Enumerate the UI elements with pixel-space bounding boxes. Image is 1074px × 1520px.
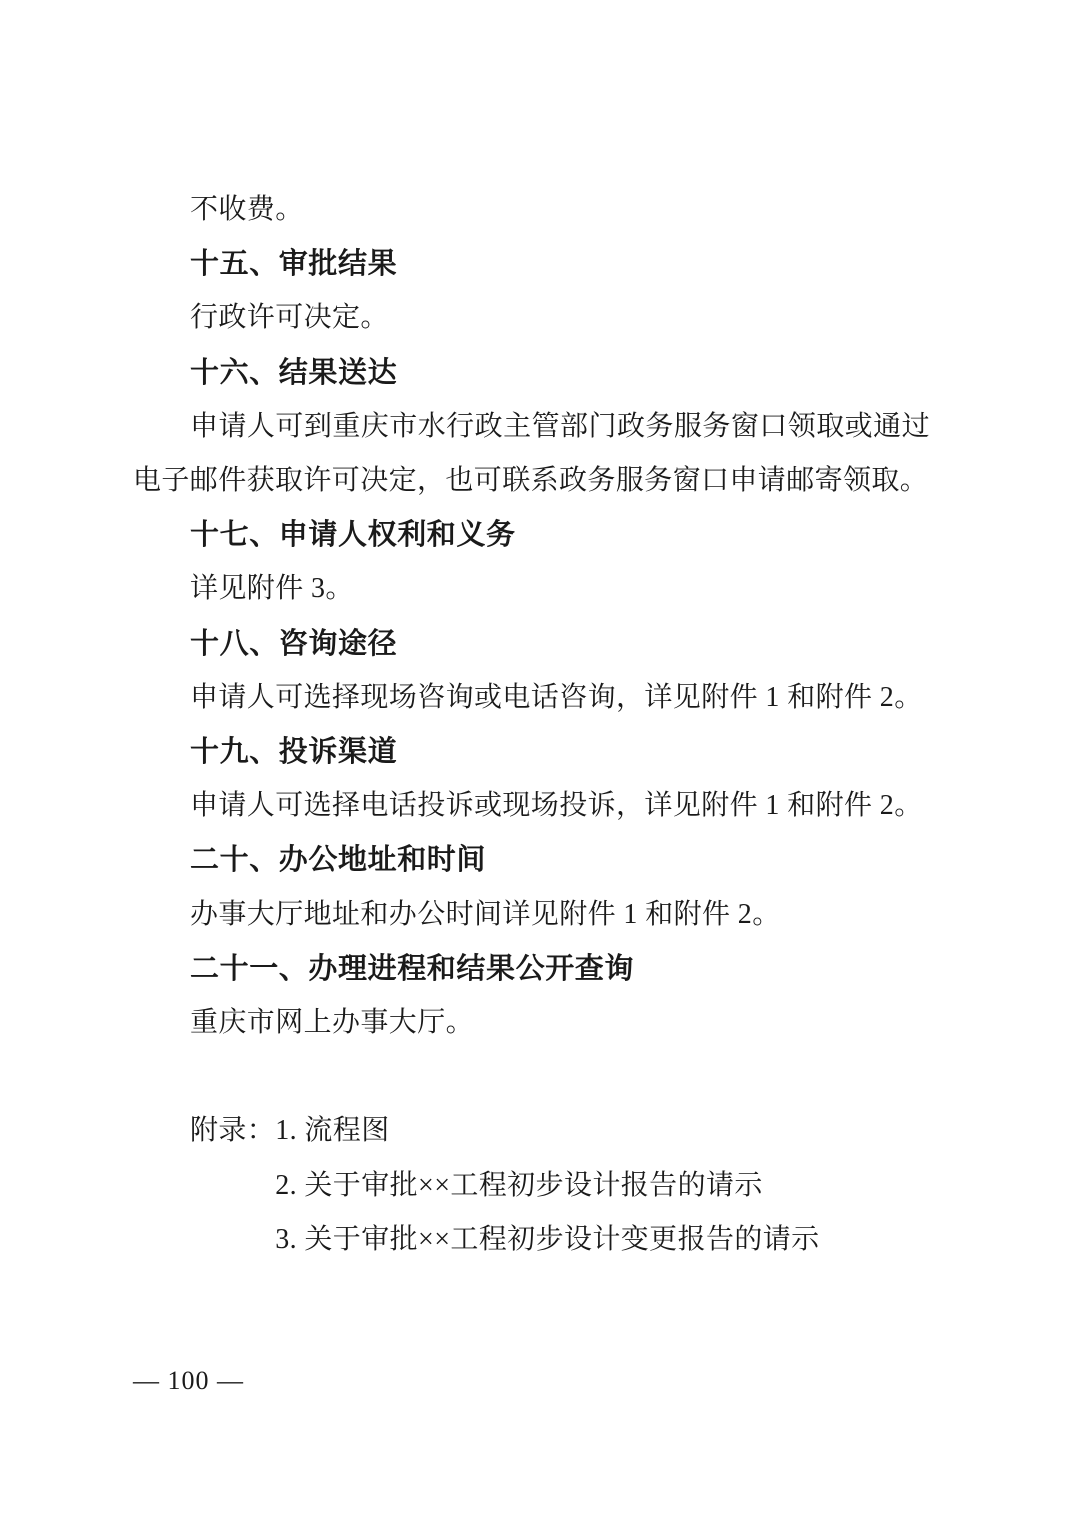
section-heading: 十六、结果送达 — [133, 346, 930, 400]
document-page: 不收费。 十五、审批结果 行政许可决定。 十六、结果送达 申请人可到重庆市水行政… — [0, 0, 1074, 1520]
body-paragraph: 行政许可决定。 — [133, 291, 930, 345]
body-paragraph: 重庆市网上办事大厅。 — [133, 996, 930, 1050]
appendix-item: 1. 流程图 — [275, 1104, 819, 1158]
section-heading: 十九、投诉渠道 — [133, 725, 930, 779]
appendix-label: 附录： — [190, 1104, 275, 1267]
section-heading: 十八、咨询途径 — [133, 617, 930, 671]
appendix-block: 附录： 1. 流程图 2. 关于审批××工程初步设计报告的请示 3. 关于审批×… — [133, 1104, 930, 1267]
section-heading: 二十、办公地址和时间 — [133, 833, 930, 887]
body-paragraph: 详见附件 3。 — [133, 562, 930, 616]
body-paragraph: 办事大厅地址和办公时间详见附件 1 和附件 2。 — [133, 888, 930, 942]
appendix-items: 1. 流程图 2. 关于审批××工程初步设计报告的请示 3. 关于审批××工程初… — [275, 1104, 819, 1267]
section-heading: 二十一、办理进程和结果公开查询 — [133, 942, 930, 996]
body-paragraph: 申请人可选择现场咨询或电话咨询，详见附件 1 和附件 2。 — [133, 671, 930, 725]
body-paragraph: 不收费。 — [133, 183, 930, 237]
appendix-item: 2. 关于审批××工程初步设计报告的请示 — [275, 1159, 819, 1213]
document-content: 不收费。 十五、审批结果 行政许可决定。 十六、结果送达 申请人可到重庆市水行政… — [133, 183, 930, 1267]
page-number: — 100 — — [133, 1361, 244, 1401]
section-heading: 十五、审批结果 — [133, 237, 930, 291]
section-heading: 十七、申请人权利和义务 — [133, 508, 930, 562]
appendix-item: 3. 关于审批××工程初步设计变更报告的请示 — [275, 1213, 819, 1267]
body-paragraph: 申请人可到重庆市水行政主管部门政务服务窗口领取或通过电子邮件获取许可决定，也可联… — [133, 400, 930, 508]
body-paragraph: 申请人可选择电话投诉或现场投诉，详见附件 1 和附件 2。 — [133, 779, 930, 833]
